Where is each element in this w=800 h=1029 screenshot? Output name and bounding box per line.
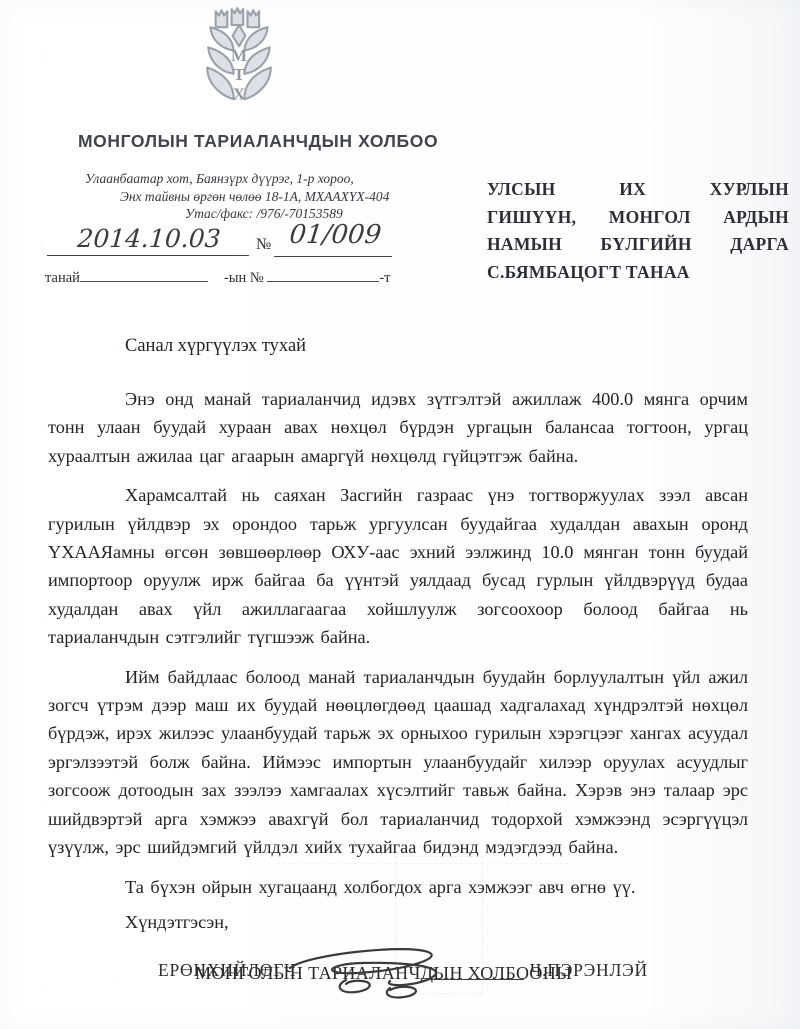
address-block: Улаанбаатар хот, Баянзүрх дүүрэг, 1-р хо… — [70, 170, 420, 223]
number-sign: № — [256, 236, 271, 254]
logo-letter-h: Х — [233, 84, 246, 103]
blank-underline — [267, 268, 379, 282]
wheat-emblem-icon: М Т Х — [183, 6, 295, 112]
body-paragraph-1: Энэ онд манай тариаланчид идэвх зүтгэлтэ… — [48, 385, 748, 470]
logo-letter-m: М — [231, 46, 247, 65]
signer-name: Ч.ПЭРЭНЛЭЙ — [530, 960, 648, 981]
subject-line: Санал хүргүүлэх тухай — [125, 336, 748, 357]
address-line-1: Улаанбаатар хот, Баянзүрх дүүрэг, 1-р хо… — [85, 170, 420, 188]
body-paragraph-3: Ийм байдлаас болоод манай тариаланчдын б… — [48, 663, 748, 862]
recipient-line: ГИШҮҮН, МОНГОЛ АРДЫН — [487, 204, 789, 232]
handwritten-signature-icon — [286, 942, 466, 1006]
org-name: МОНГОЛЫН ТАРИАЛАНЧДЫН ХОЛБОО — [78, 131, 438, 152]
your-ref-row: танай-ын № -т — [45, 268, 391, 287]
signer-title: ЕРӨНХИЙЛӨГЧ — [158, 960, 296, 981]
recipient-line: УЛСЫН ИХ ХУРЛЫН — [487, 176, 789, 204]
handwritten-date: 2014.10.03 — [47, 224, 251, 256]
handwritten-ref-number: 01/009 — [274, 220, 396, 257]
signature-row: ЕРӨНХИЙЛӨГЧ Ч.ПЭРЭНЛЭЙ — [158, 948, 718, 1018]
your-ref-label: танай — [45, 270, 80, 286]
org-logo: М Т Х — [183, 6, 295, 112]
address-line-2: Энх тайвны өргөн чөлөө 18-1А, МХААХҮХ-40… — [120, 188, 420, 206]
your-ref-suffix: -т — [379, 270, 390, 286]
body-paragraph-2: Харамсалтай нь саяхан Засгийн газраас үн… — [48, 481, 748, 651]
reference-row: 2014.10.03 № 01/009 — [48, 224, 408, 264]
scanned-letter-page: М Т Х МОНГОЛЫН ТАРИАЛАНЧДЫН ХОЛБОО Улаан… — [0, 0, 800, 1029]
logo-letter-t: Т — [233, 65, 245, 84]
your-ref-middle: -ын № — [224, 270, 264, 286]
recipient-block: УЛСЫН ИХ ХУРЛЫН ГИШҮҮН, МОНГОЛ АРДЫН НАМ… — [487, 176, 789, 286]
recipient-line: НАМЫН БҮЛГИЙН ДАРГА — [487, 231, 789, 259]
recipient-line: С.БЯМБАЦОГТ ТАНАА — [487, 259, 789, 287]
blank-underline — [80, 268, 208, 282]
signature-underline — [426, 979, 524, 980]
